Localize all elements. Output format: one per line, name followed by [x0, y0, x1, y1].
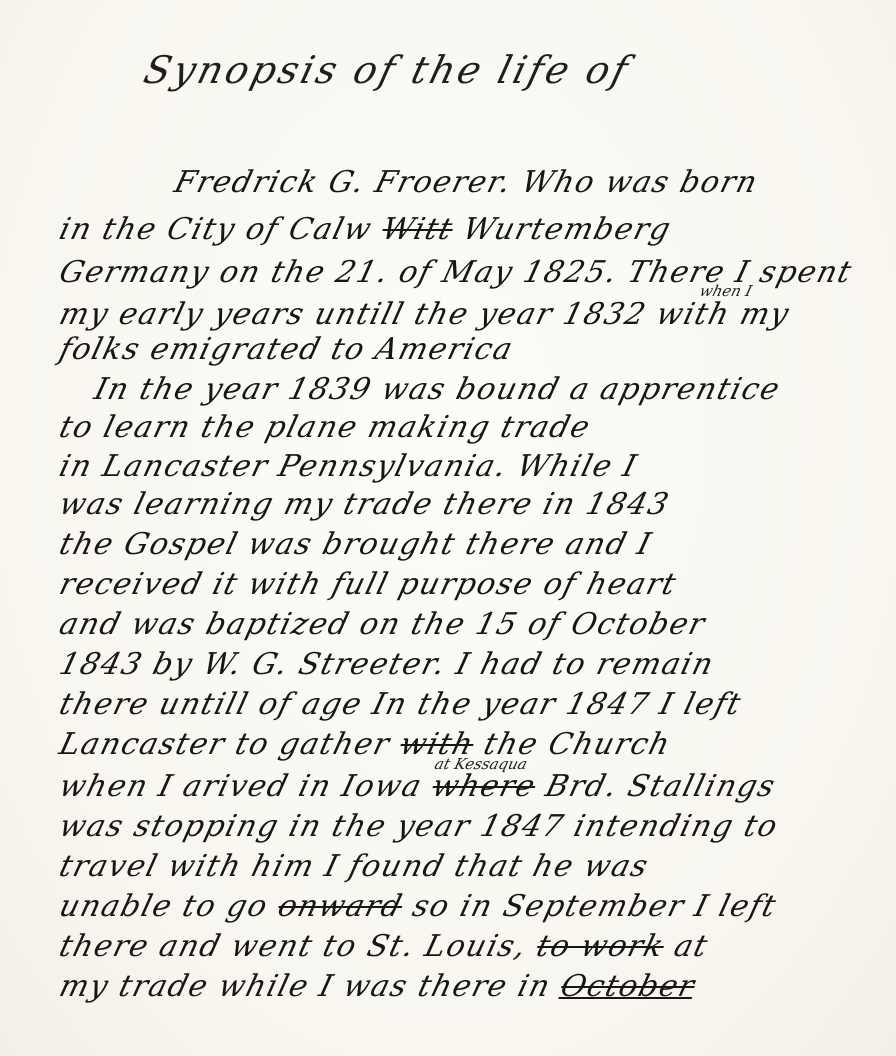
- text-line-13: 1843 by W. G. Streeter. I had to remain: [56, 650, 717, 680]
- line-text: In the year 1839 was bound a apprentice: [91, 372, 784, 407]
- line-text: my early years untill the year 1832 with…: [56, 297, 794, 332]
- text-line-1: Fredrick G. Froerer. Who was born: [171, 168, 761, 198]
- line-text: was stopping in the year 1847 intending …: [56, 809, 782, 844]
- line-text: there and went to St. Louis,: [56, 929, 542, 964]
- line-text: Brd. Stallings: [531, 769, 780, 804]
- text-line-8: in Lancaster Pennsylvania. While I: [56, 452, 640, 482]
- line-text: folks emigrated to America: [56, 332, 518, 367]
- line-text: in Lancaster Pennsylvania. While I: [56, 449, 641, 484]
- line-text: Wurtemberg: [448, 212, 675, 247]
- text-line-21: my trade while I was there in October: [56, 972, 698, 1002]
- line-text: Fredrick G. Froerer. Who was born: [171, 165, 762, 200]
- text-line-11: received it with full purpose of heart: [56, 570, 680, 600]
- line-text: travel with him I found that he was: [56, 849, 653, 884]
- line-text: Lancaster to gather: [56, 727, 405, 762]
- text-line-4: my early years untill the year 1832 with…: [56, 300, 792, 330]
- struck-text: October: [557, 969, 699, 1004]
- struck-text: onward: [274, 889, 406, 924]
- text-line-18: travel with him I found that he was: [56, 852, 652, 882]
- text-line-19: unable to go onward so in September I le…: [56, 892, 780, 922]
- text-line-12: and was baptized on the 15 of October: [56, 610, 708, 640]
- text-line-16: when I arived in Iowa where Brd. Stallin…: [56, 772, 778, 802]
- line-text: the Gospel was brought there and I: [56, 527, 656, 562]
- line-text: when I arived in Iowa: [56, 769, 437, 804]
- struck-text: where: [428, 769, 539, 804]
- line-text: 1843 by W. G. Streeter. I had to remain: [56, 647, 718, 682]
- line-text: unable to go: [56, 889, 283, 924]
- line-text: in the City of Calw: [56, 212, 387, 247]
- line-text: was learning my trade there in 1843: [56, 487, 674, 522]
- text-line-15: Lancaster to gather with the Church: [56, 730, 674, 760]
- text-line-5: folks emigrated to America: [56, 335, 516, 365]
- text-line-2: in the City of Calw Witt Wurtemberg: [56, 215, 674, 245]
- text-line-17: was stopping in the year 1847 intending …: [56, 812, 781, 842]
- text-line-20: there and went to St. Louis, to work at: [56, 932, 711, 962]
- text-line-14: there untill of age In the year 1847 I l…: [56, 690, 744, 720]
- text-line-10: the Gospel was brought there and I: [56, 530, 655, 560]
- line-text: received it with full purpose of heart: [56, 567, 681, 602]
- line-text: at: [659, 929, 712, 964]
- line-text: so in September I left: [398, 889, 781, 924]
- line-text: to learn the plane making trade: [56, 410, 595, 445]
- document-page: Synopsis of the life of Fredrick G. Froe…: [0, 0, 896, 1056]
- line-text: there untill of age In the year 1847 I l…: [56, 687, 746, 722]
- text-line-7: to learn the plane making trade: [56, 413, 593, 443]
- struck-text: Witt: [378, 212, 457, 247]
- line-text: my trade while I was there in: [56, 969, 566, 1004]
- struck-text: to work: [533, 929, 668, 964]
- text-line-9: was learning my trade there in 1843: [56, 490, 672, 520]
- text-line-6: In the year 1839 was bound a apprentice: [91, 375, 783, 405]
- document-title: Synopsis of the life of: [140, 48, 636, 92]
- line-text: and was baptized on the 15 of October: [56, 607, 710, 642]
